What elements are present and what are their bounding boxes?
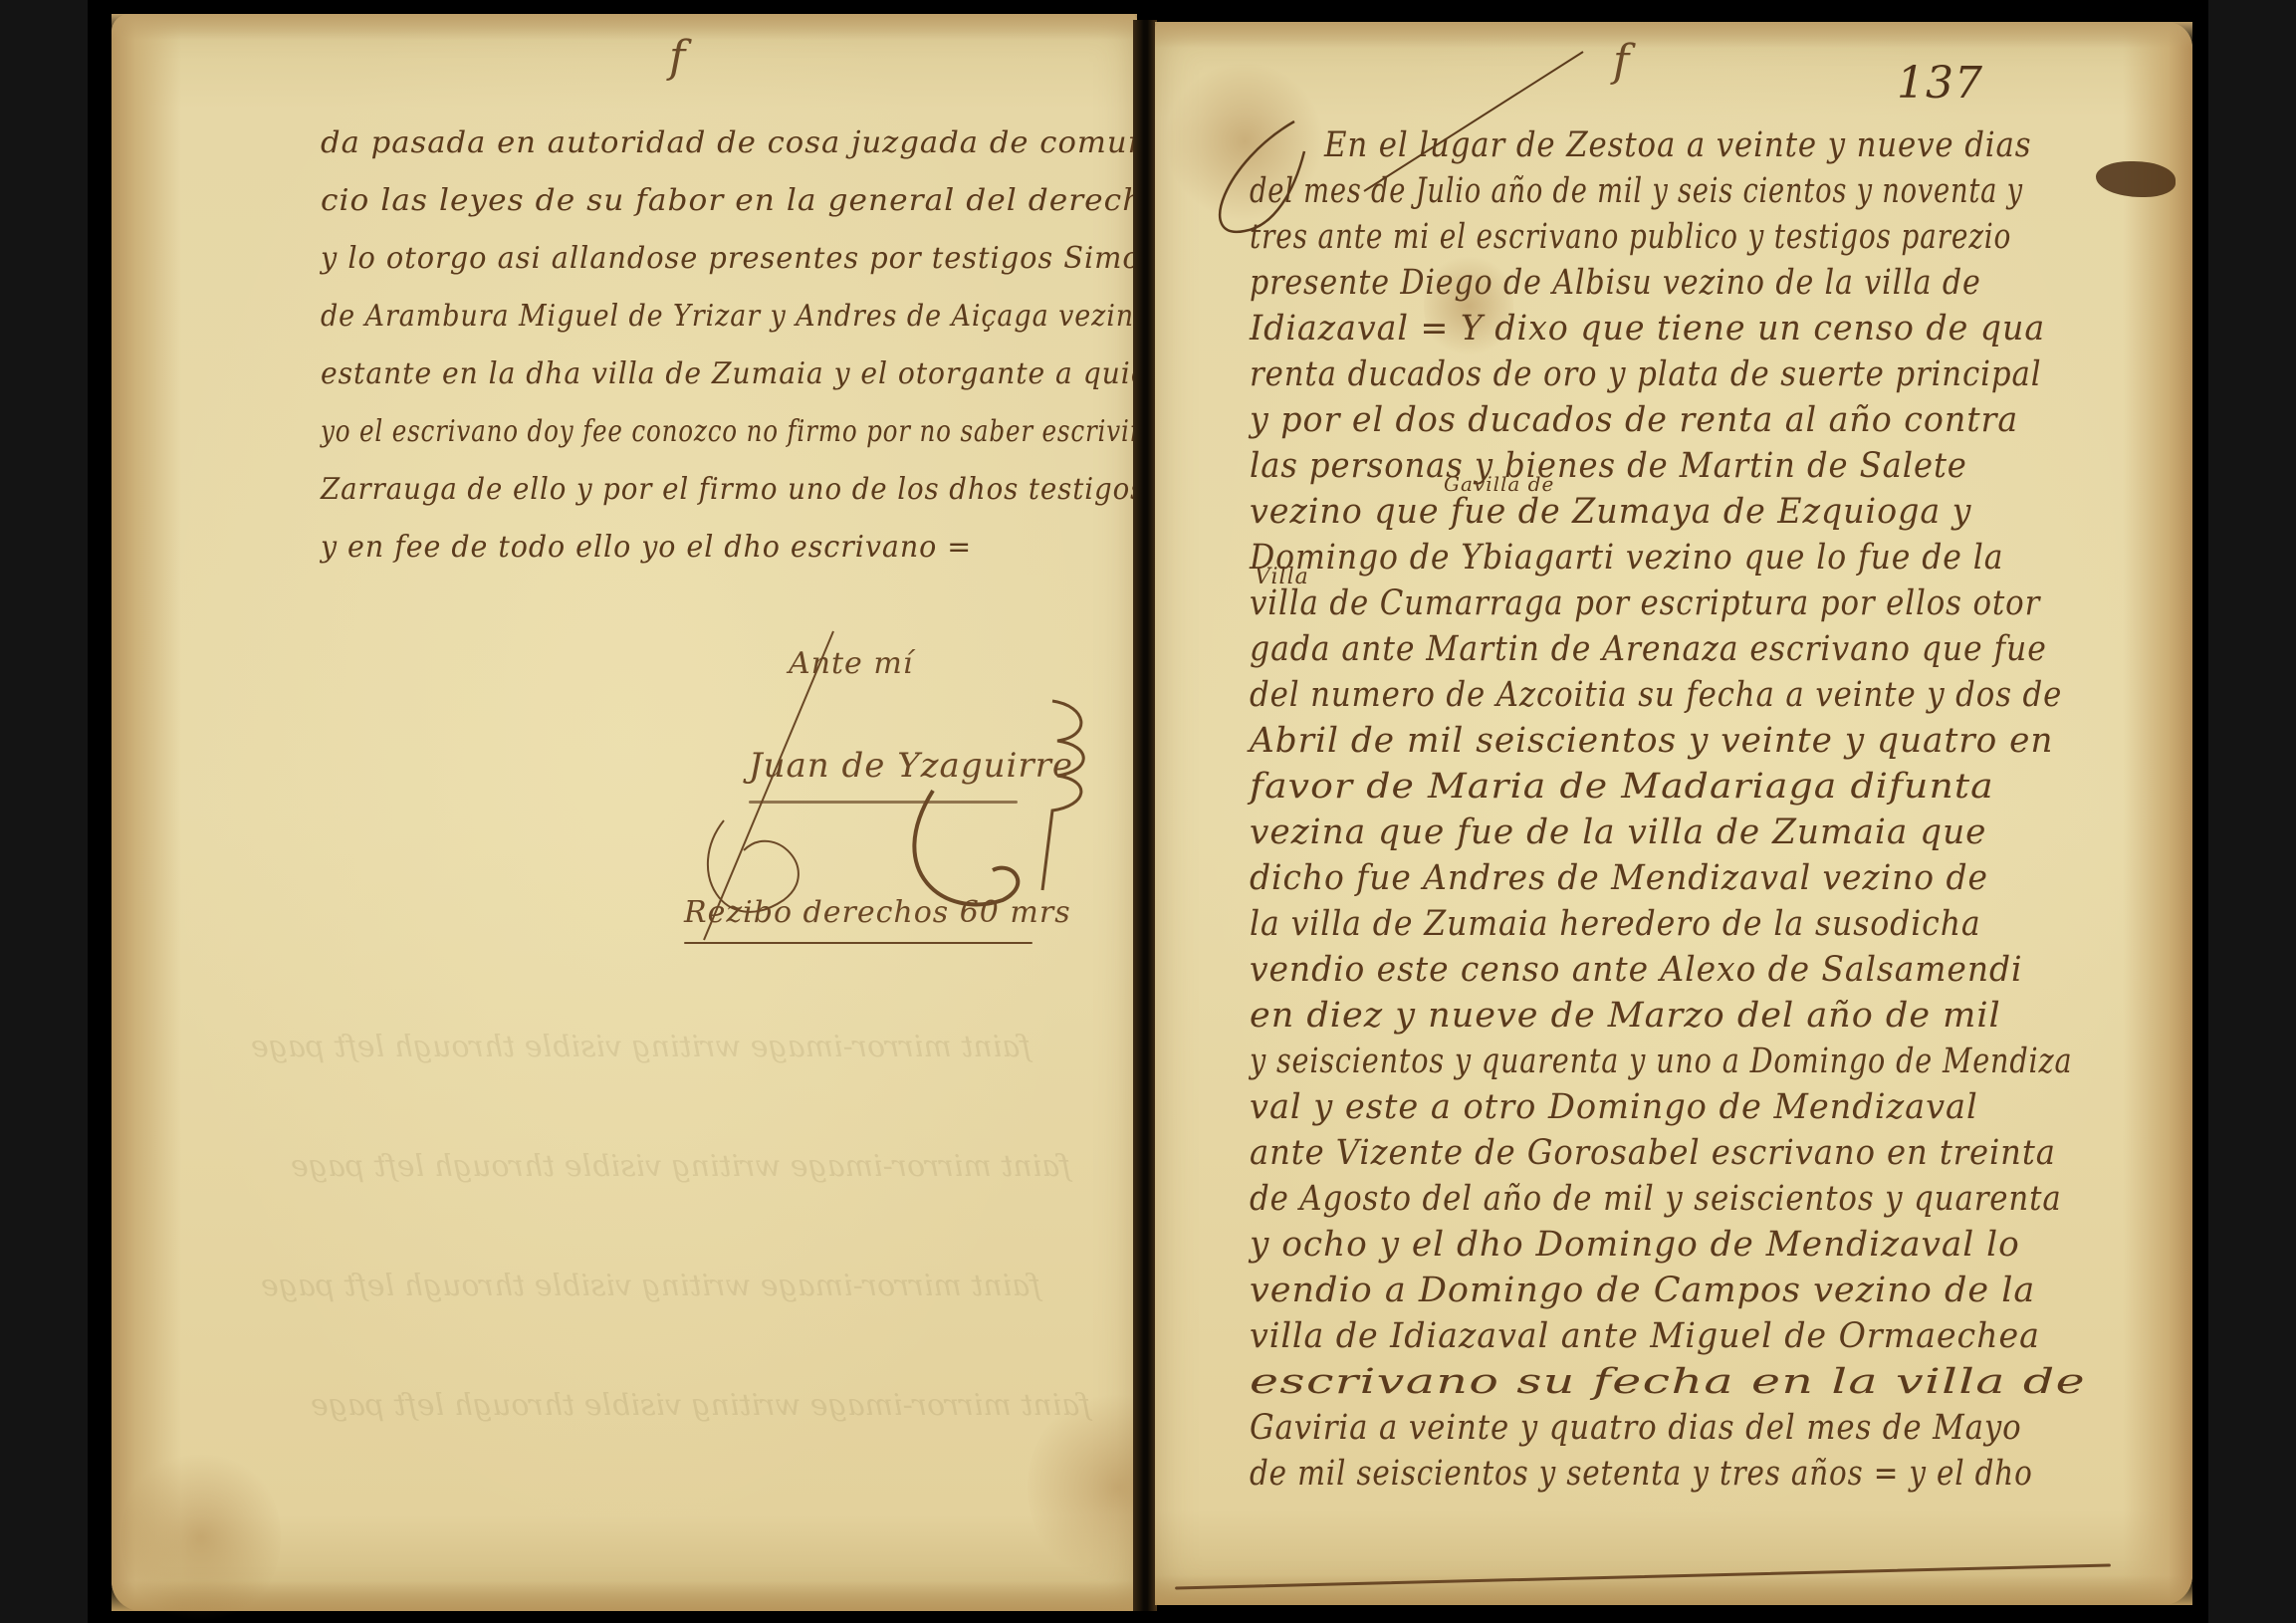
text-line: villa de Idiazaval ante Miguel de Ormaec…	[1250, 1316, 2040, 1356]
text-line: vezino que fue de Zumaya de Ezquioga y	[1250, 492, 1971, 532]
interlinear-insertion: Gavilla de	[1444, 472, 1554, 496]
text-line: y seiscientos y quarenta y uno a Domingo…	[1250, 1042, 2072, 1081]
right-page-bottom-edge	[1155, 1575, 2192, 1605]
folio-number: 137	[1897, 58, 1983, 109]
text-line: cio las leyes de su fabor en la general …	[321, 183, 1163, 218]
fee-receipt: Rezibo derechos 60 mrs	[684, 895, 1071, 930]
text-line: escrivano su fecha en la villa de	[1250, 1362, 2086, 1402]
text-line: Abril de mil seiscientos y veinte y quat…	[1250, 721, 2053, 761]
interlinear-insertion: Villa	[1255, 565, 1309, 589]
text-line: y ocho y el dho Domingo de Mendizaval lo	[1250, 1225, 2020, 1265]
receipt-underline	[684, 942, 1033, 944]
page-marker: f	[669, 32, 686, 83]
left-page-frayed-edge	[112, 14, 181, 1611]
text-line: vezina que fue de la villa de Zumaia que	[1250, 812, 1986, 852]
text-line: yo el escrivano doy fee conozco no firmo…	[321, 414, 1142, 449]
text-line: Domingo de Ybiagarti vezino que lo fue d…	[1250, 538, 2003, 578]
text-line: estante en la dha villa de Zumaia y el o…	[321, 356, 1167, 391]
text-line: del mes de Julio año de mil y seis cient…	[1250, 171, 2023, 211]
left-page: faint mirror-image writing visible throu…	[112, 14, 1137, 1611]
text-line: en diez y nueve de Marzo del año de mil	[1250, 996, 2001, 1036]
text-line: tres ante mi el escrivano publico y test…	[1250, 217, 2011, 257]
text-line: villa de Cumarraga por escriptura por el…	[1250, 583, 2040, 623]
text-line: favor de Maria de Madariaga difunta	[1250, 767, 1994, 807]
text-line: dicho fue Andres de Mendizaval vezino de	[1250, 858, 1988, 898]
show-through-text: faint mirror-image writing visible throu…	[261, 1269, 1040, 1303]
text-line: Zarrauga de ello y por el firmo uno de l…	[321, 472, 1145, 507]
ink-blot	[2096, 161, 2176, 197]
show-through-text: faint mirror-image writing visible throu…	[291, 1149, 1070, 1184]
text-line: gada ante Martin de Arenaza escrivano qu…	[1250, 629, 2047, 669]
closing-rule-line	[1175, 1564, 2111, 1590]
show-through-text: faint mirror-image writing visible throu…	[251, 1030, 1031, 1064]
left-page-top-edge	[112, 14, 1137, 40]
text-line: Idiazaval = Y dixo que tiene un censo de…	[1250, 309, 2045, 348]
text-line: de Agosto del año de mil y seiscientos y…	[1250, 1179, 2062, 1219]
right-background-band	[2208, 0, 2296, 1623]
text-line: Gaviria a veinte y quatro dias del mes d…	[1250, 1408, 2022, 1448]
water-stain	[121, 1448, 281, 1623]
text-line: del numero de Azcoitia su fecha a veinte…	[1250, 675, 2062, 715]
text-line: presente Diego de Albisu vezino de la vi…	[1250, 263, 1981, 303]
text-line: En el lugar de Zestoa a veinte y nueve d…	[1324, 125, 2031, 165]
text-line: vendio este censo ante Alexo de Salsamen…	[1250, 950, 2022, 990]
text-line: da pasada en autoridad de cosa juzgada d…	[321, 125, 1148, 160]
show-through-text: faint mirror-image writing visible throu…	[311, 1388, 1090, 1423]
text-line: y en fee de todo ello yo el dho escrivan…	[321, 530, 972, 565]
text-line: renta ducados de oro y plata de suerte p…	[1250, 354, 2041, 394]
text-line: la villa de Zumaia heredero de la susodi…	[1250, 904, 1981, 944]
text-line: de Arambura Miguel de Yrizar y Andres de…	[321, 299, 1166, 334]
text-line: y lo otorgo asi allandose presentes por …	[321, 241, 1160, 276]
text-line: y por el dos ducados de renta al año con…	[1250, 400, 2018, 440]
left-background-band	[0, 0, 88, 1623]
page-marker: f	[1613, 36, 1630, 87]
text-line: vendio a Domingo de Campos vezino de la	[1250, 1271, 2035, 1310]
text-line: las personas y bienes de Martin de Salet…	[1250, 446, 1967, 486]
text-line: ante Vizente de Gorosabel escrivano en t…	[1250, 1133, 2056, 1173]
text-line: val y este a otro Domingo de Mendizaval	[1250, 1087, 1978, 1127]
book-gutter	[1133, 20, 1157, 1611]
text-line: de mil seiscientos y setenta y tres años…	[1250, 1454, 2033, 1494]
right-page: f 137 En el lugar de Zestoa a veinte y n…	[1155, 22, 2192, 1605]
right-page-frayed-edge	[2123, 22, 2192, 1605]
